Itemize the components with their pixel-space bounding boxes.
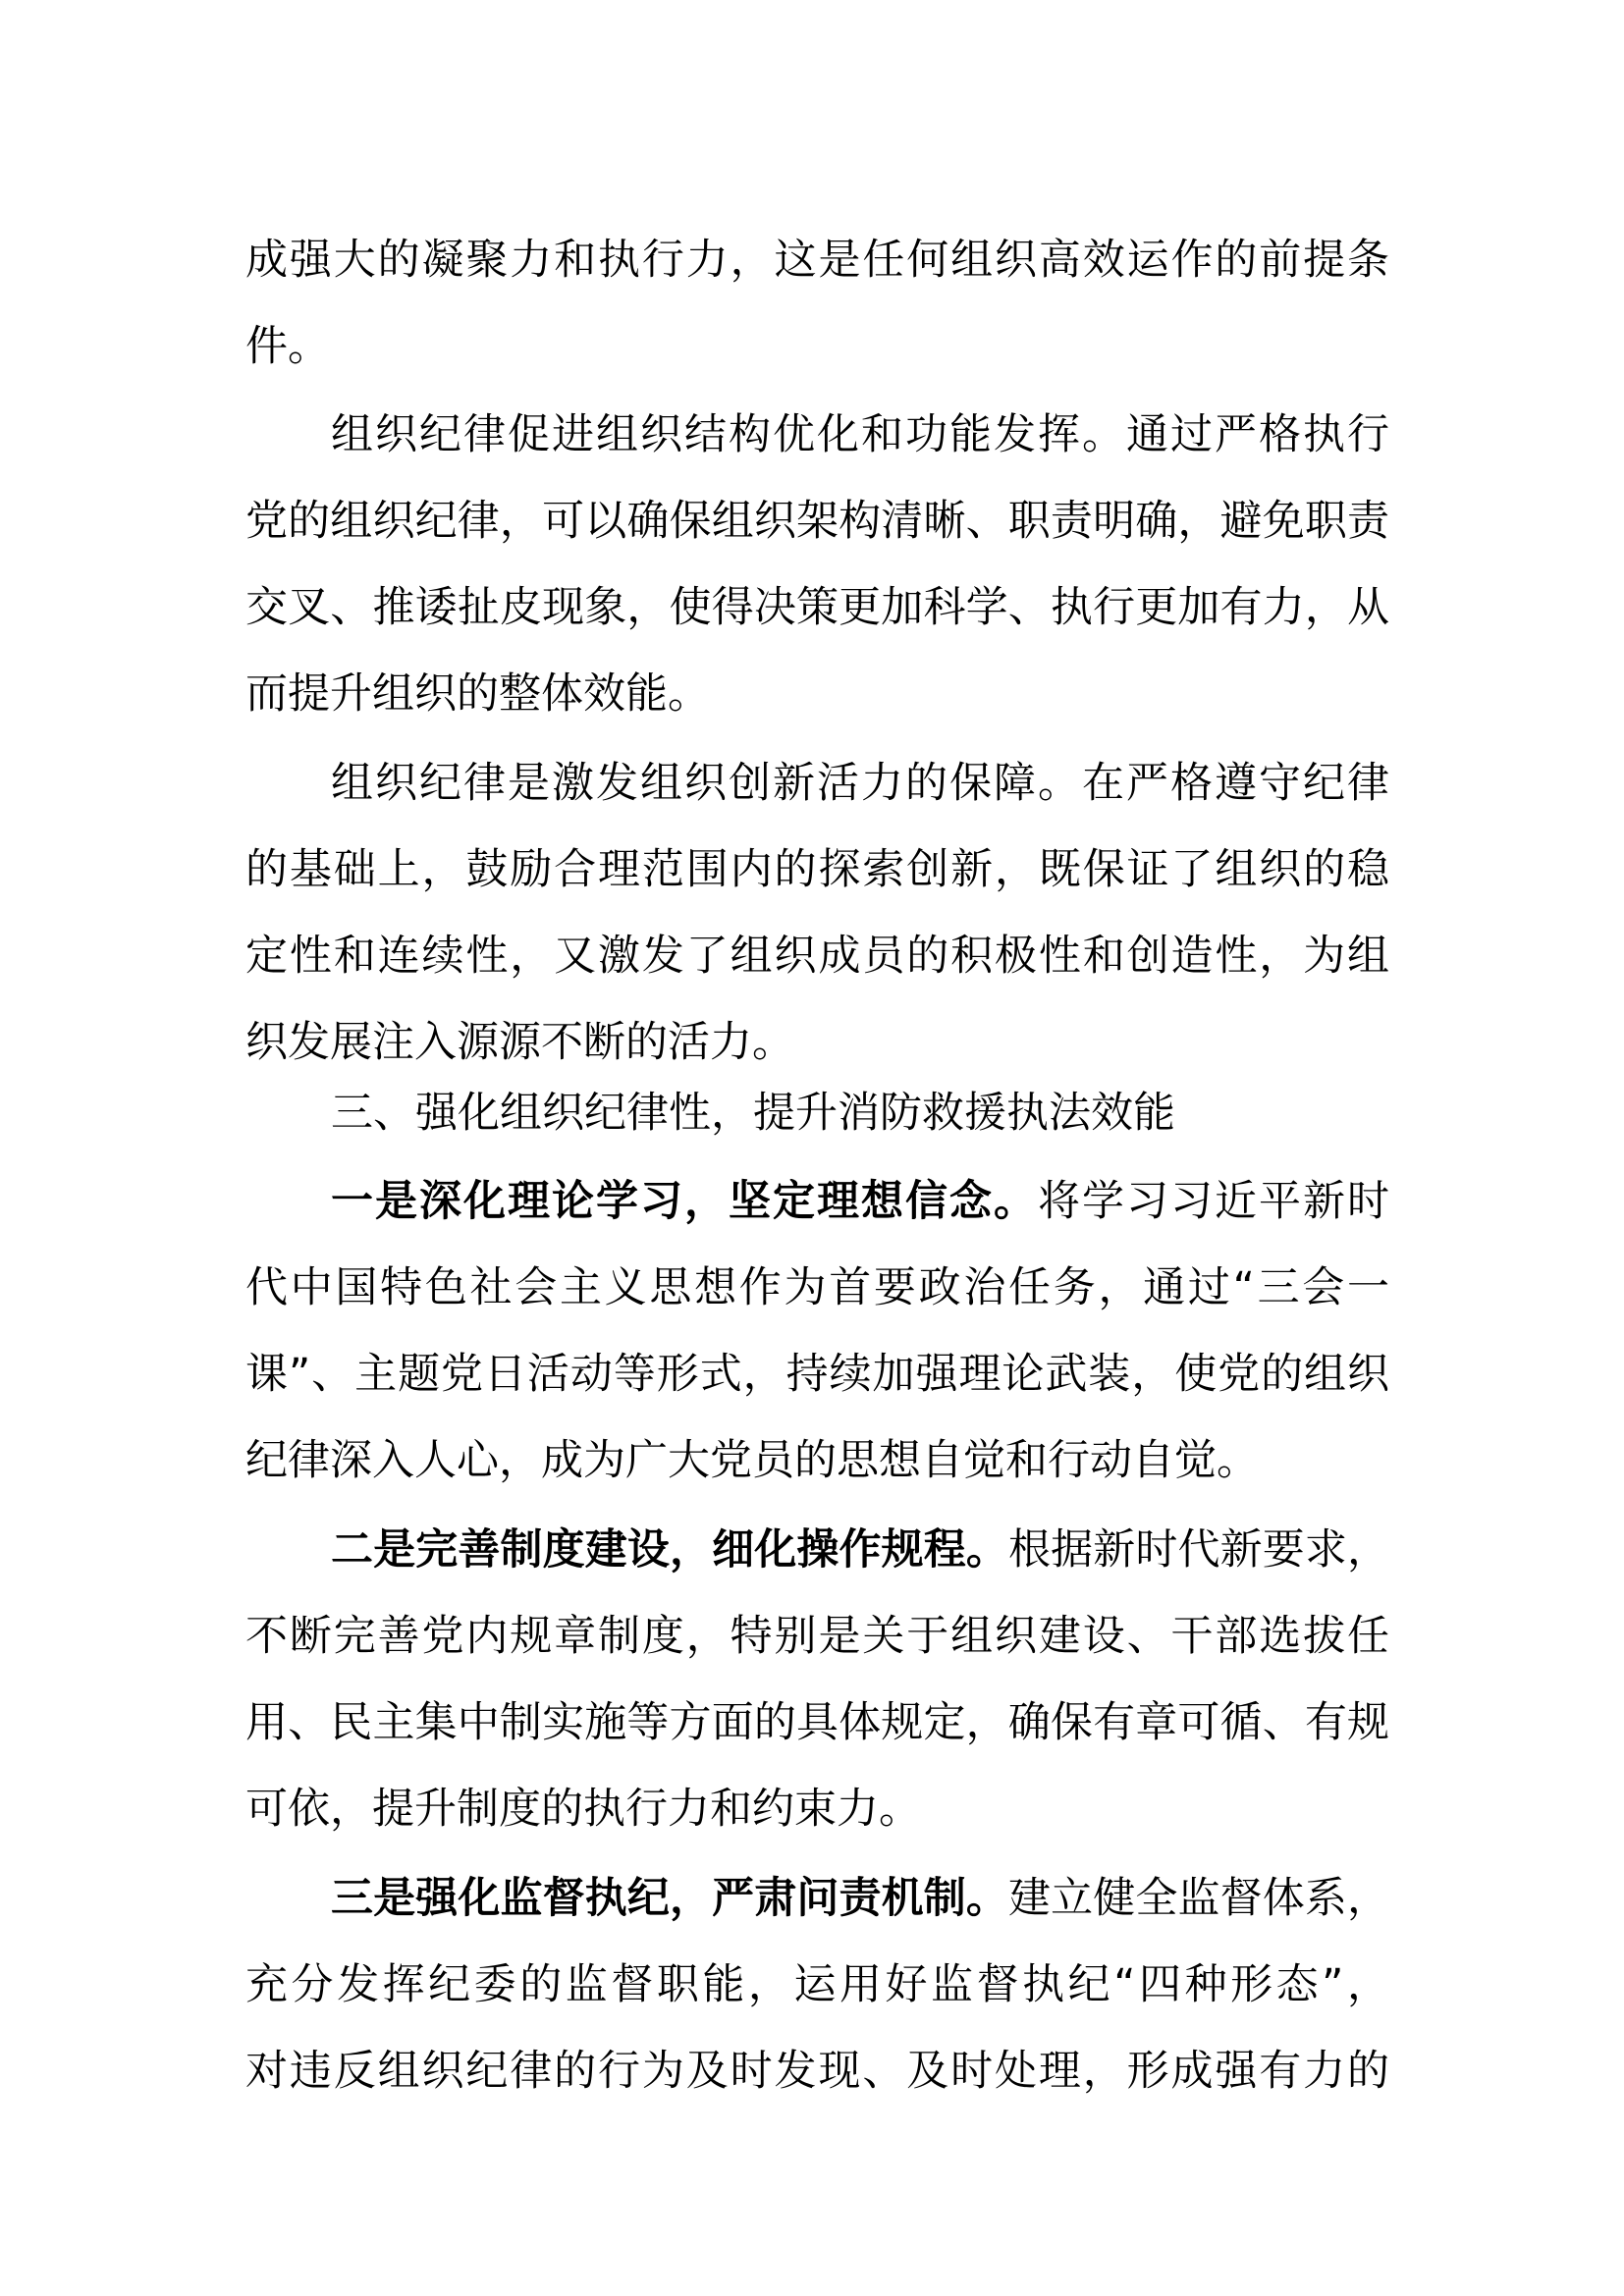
text-line: 党的组织纪律，可以确保组织架构清晰、职责明确，避免职责 <box>245 478 1389 564</box>
text-line: 交叉、推诿扯皮现象，使得决策更加科学、执行更加有力，从 <box>245 564 1389 651</box>
document-page: 成强大的凝聚力和执行力，这是任何组织高效运作的前提条 件。 组织纪律促进组织结构… <box>0 0 1624 2296</box>
text-line: 可依，提升制度的执行力和约束力。 <box>245 1766 1389 1852</box>
section-heading: 三、强化组织纪律性，提升消防救援执法效能 <box>331 1070 1389 1156</box>
text-line: 代中国特色社会主义思想作为首要政治任务，通过“三会一 <box>245 1245 1389 1331</box>
list-item-heading-line: 二是完善制度建设，细化操作规程。根据新时代新要求， <box>331 1507 1389 1593</box>
item-text: 将学习习近平新时 <box>1038 1177 1389 1226</box>
text-line: 对违反组织纪律的行为及时发现、及时处理，形成强有力的 <box>245 2028 1389 2114</box>
text-line: 的基础上，鼓励合理范围内的探索创新，既保证了组织的稳 <box>245 827 1389 913</box>
text-line: 用、民主集中制实施等方面的具体规定，确保有章可循、有规 <box>245 1680 1389 1766</box>
text-line: 课”、主题党日活动等形式，持续加强理论武装，使党的组织 <box>245 1331 1389 1417</box>
item-text: 根据新时代新要求， <box>1008 1525 1389 1575</box>
text-line: 件。 <box>245 303 1389 390</box>
text-line: 而提升组织的整体效能。 <box>245 651 1389 737</box>
item-title: 二是完善制度建设，细化操作规程。 <box>331 1525 1008 1575</box>
text-line: 定性和连续性，又激发了组织成员的积极性和创造性，为组 <box>245 913 1389 999</box>
text-line: 组织纪律促进组织结构优化和功能发挥。通过严格执行 <box>331 392 1389 478</box>
item-title: 三是强化监督执纪，严肃问责机制。 <box>331 1874 1008 1923</box>
item-title: 一是深化理论学习，坚定理想信念。 <box>331 1177 1038 1226</box>
item-text: 建立健全监督体系， <box>1008 1874 1389 1923</box>
text-line: 纪律深入人心，成为广大党员的思想自觉和行动自觉。 <box>245 1417 1389 1504</box>
text-line: 充分发挥纪委的监督职能，运用好监督执纪“四种形态”， <box>245 1942 1389 2028</box>
text-line: 成强大的凝聚力和执行力，这是任何组织高效运作的前提条 <box>245 217 1389 303</box>
text-line: 组织纪律是激发组织创新活力的保障。在严格遵守纪律 <box>331 740 1389 827</box>
text-line: 不断完善党内规章制度，特别是关于组织建设、干部选拔任 <box>245 1593 1389 1680</box>
list-item-heading-line: 一是深化理论学习，坚定理想信念。将学习习近平新时 <box>331 1158 1389 1245</box>
list-item-heading-line: 三是强化监督执纪，严肃问责机制。建立健全监督体系， <box>331 1855 1389 1942</box>
